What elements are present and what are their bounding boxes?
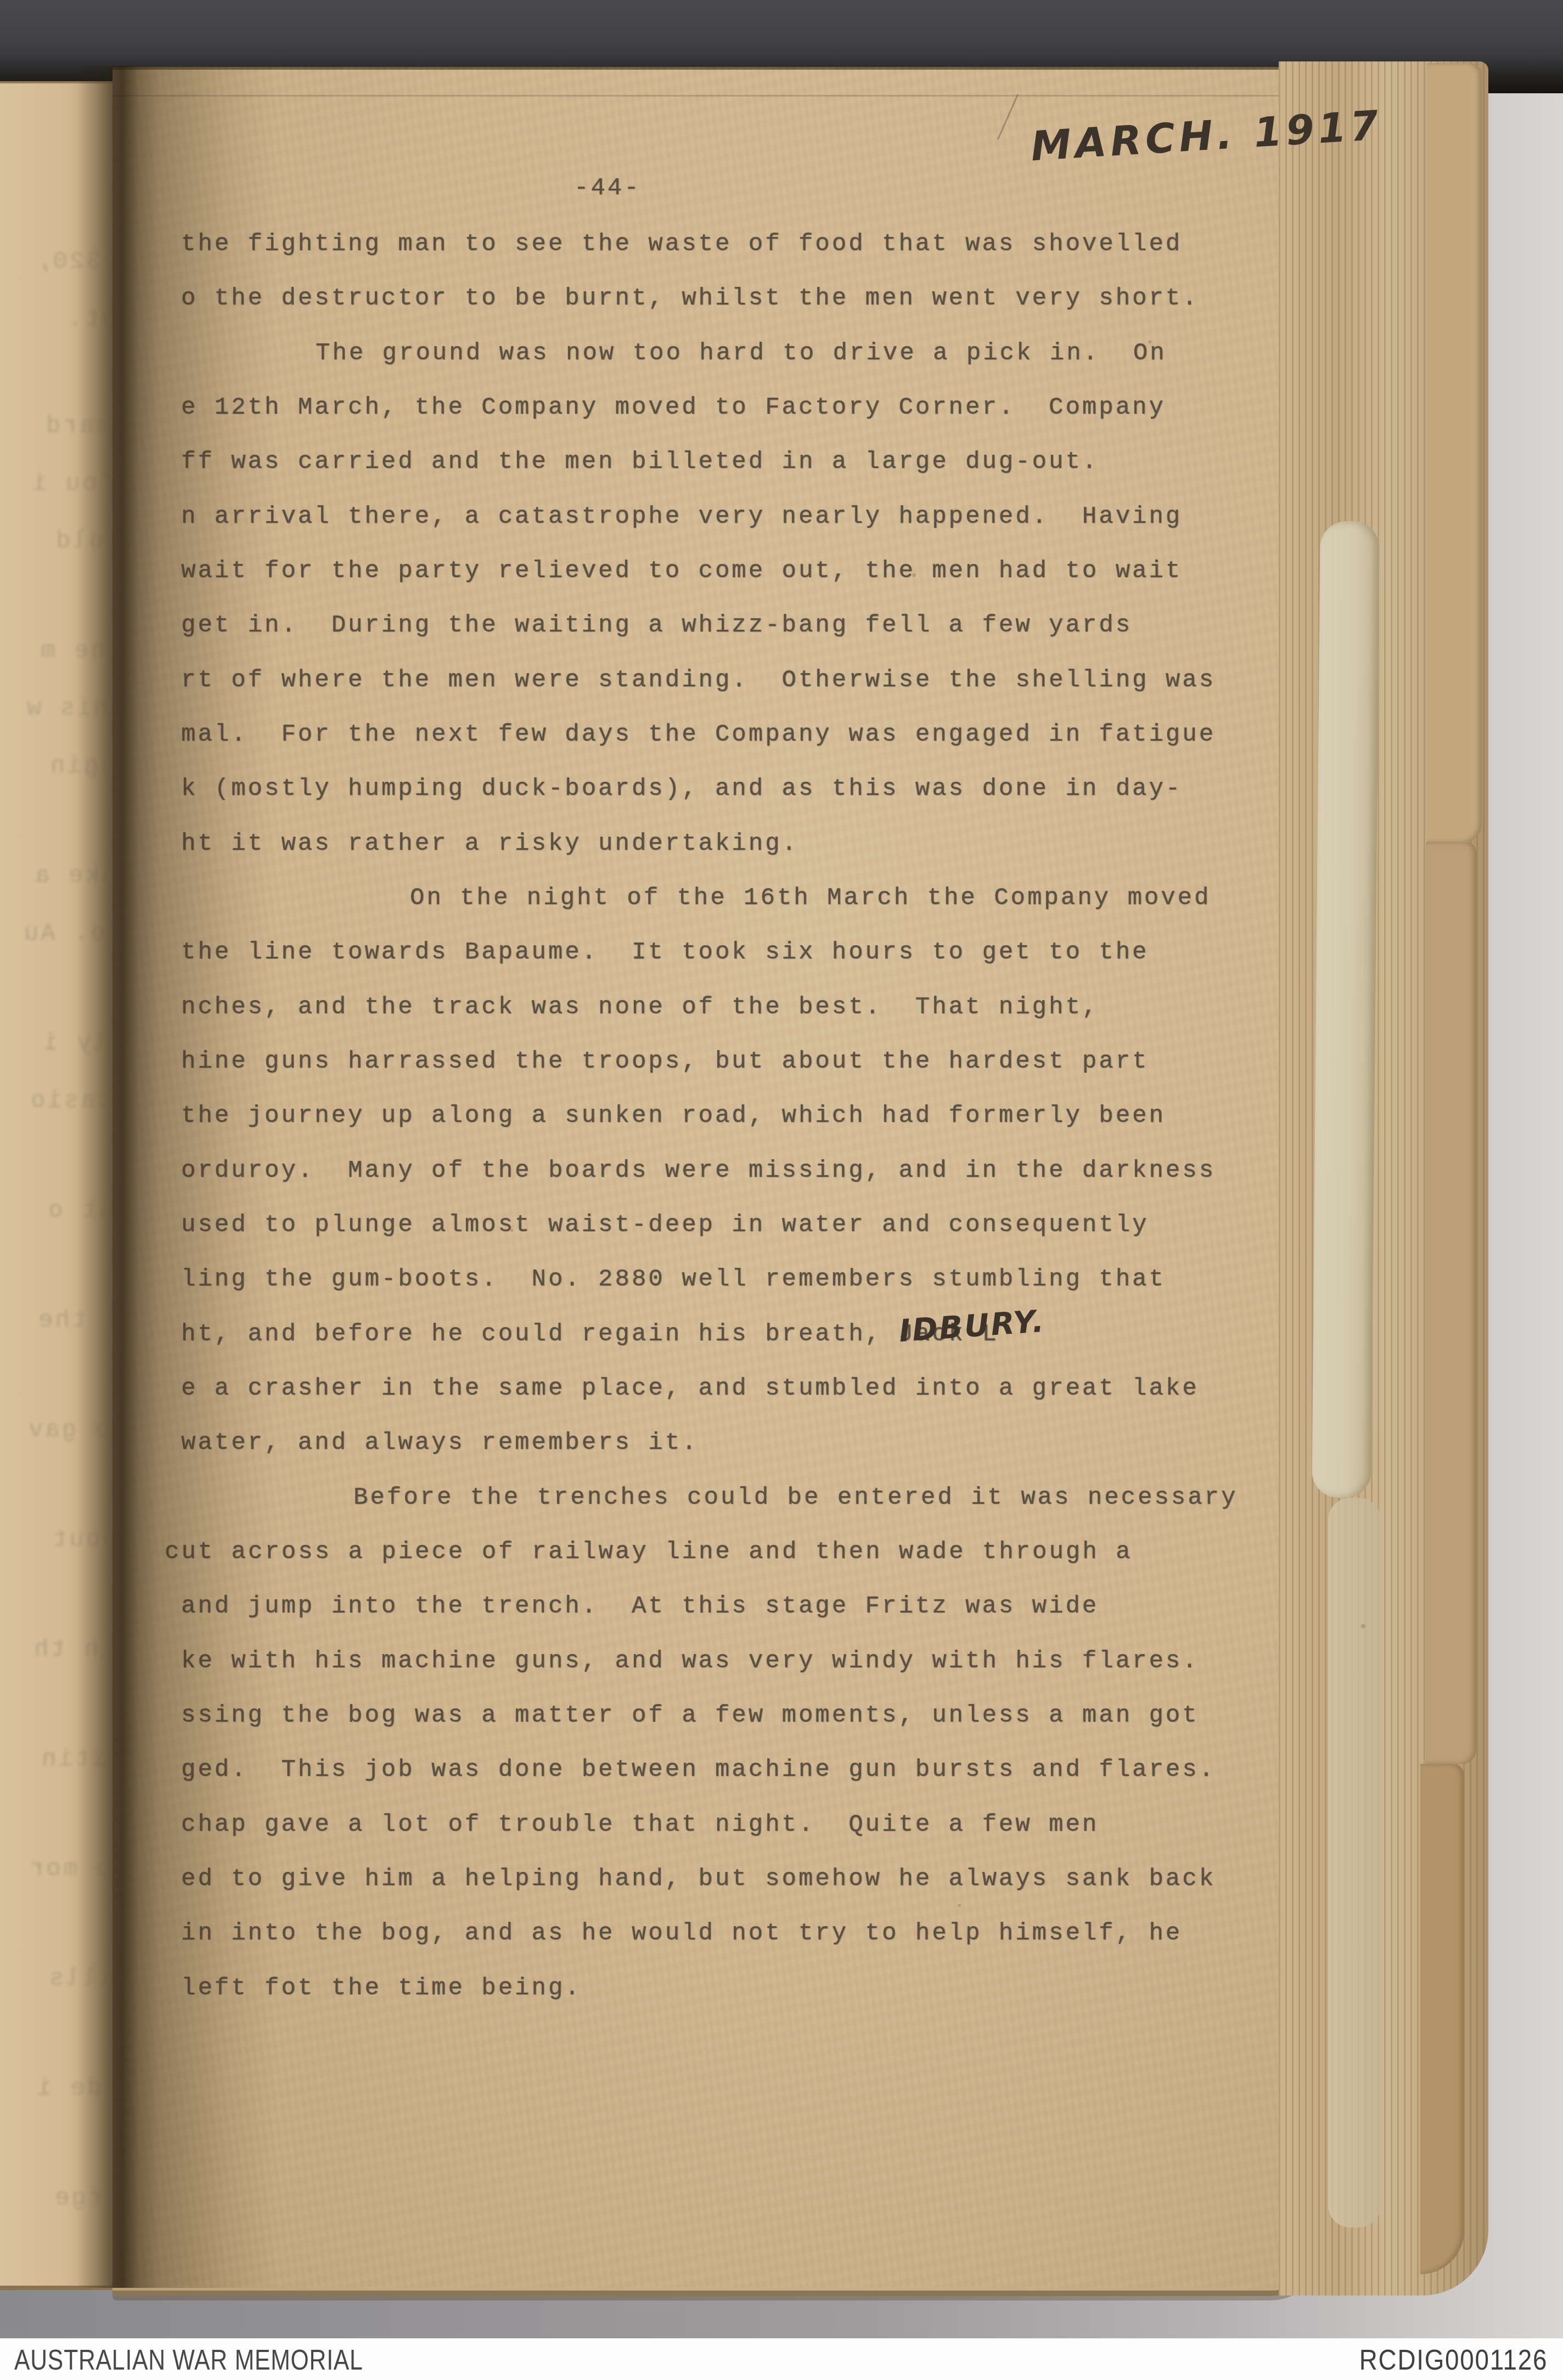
record-reference: RCDIG0001126 [1359,2338,1548,2380]
binding-gutter-shadow [77,66,159,2288]
typed-line: ke with his machine guns, and was very w… [181,1648,1199,1675]
page-crease [113,95,1320,97]
paper-speck [510,1229,513,1232]
typed-line: ling the gum-boots. No. 2880 well rememb… [181,1266,1166,1293]
paper-speck [1148,340,1151,343]
typed-line: ed to give him a helping hand, but someh… [181,1865,1216,1893]
archive-footer-bar: AUSTRALIAN WAR MEMORIAL RCDIG0001126 [0,2338,1563,2380]
typed-line: used to plunge almost waist-deep in wate… [181,1211,1149,1239]
repair-tissue-strip [1328,1498,1381,2227]
institution-name: AUSTRALIAN WAR MEMORIAL [14,2338,363,2380]
typed-line: e a crasher in the same place, and stumb… [181,1375,1199,1402]
typed-line: The ground was now too hard to drive a p… [316,340,1167,367]
typed-line: rt of where the men were standing. Other… [181,667,1216,694]
typed-line: ged. This job was done between machine g… [181,1756,1216,1784]
typed-line: and jump into the trench. At this stage … [181,1593,1099,1620]
torn-edge [1420,1764,1464,2274]
typed-line: cut across a piece of railway line and t… [165,1538,1132,1566]
typed-line: the fighting man to see the waste of foo… [181,230,1182,258]
typed-line: orduroy. Many of the boards were missing… [181,1157,1216,1185]
page-number: -44- [574,174,641,202]
typed-line: hine guns harrassed the troops, but abou… [181,1048,1149,1075]
typed-line: ff was carried and the men billeted in a… [181,448,1099,476]
typed-line: wait for the party relieved to come out,… [181,557,1182,585]
typed-line: n arrival there, a catastrophe very near… [181,503,1182,531]
typed-line: mal. For the next few days the Company w… [181,721,1216,748]
typed-line: o the destructor to be burnt, whilst the… [181,285,1199,312]
typed-line: On the night of the 16th March the Compa… [410,884,1211,912]
paper-speck [1361,1624,1365,1628]
document-scan: 2320, ent. board fou i ould the m this w… [0,0,1563,2380]
typed-line: the journey up along a sunken road, whic… [181,1102,1166,1130]
typed-line: k (mostly humping duck-boards), and as t… [181,775,1182,803]
typed-line: ssing the bog was a matter of a few mome… [181,1702,1199,1729]
typed-line: chap gave a lot of trouble that night. Q… [181,1811,1099,1838]
typed-line: get in. During the waiting a whizz-bang … [181,612,1132,639]
typed-line: Before the trenches could be entered it … [353,1484,1238,1512]
typed-line: ht, and before he could regain his breat… [181,1321,999,1348]
torn-edge [1427,63,1482,842]
typed-line: nches, and the track was none of the bes… [181,994,1099,1021]
torn-edge [1426,842,1476,1764]
repair-tissue-strip [1312,521,1380,1498]
typed-line: in into the bog, and as he would not try… [181,1920,1182,1947]
typed-line: the line towards Bapaume. It took six ho… [181,939,1149,966]
paper-speck [912,573,916,577]
typed-line: e 12th March, the Company moved to Facto… [181,394,1166,421]
paper-speck [958,1904,961,1907]
